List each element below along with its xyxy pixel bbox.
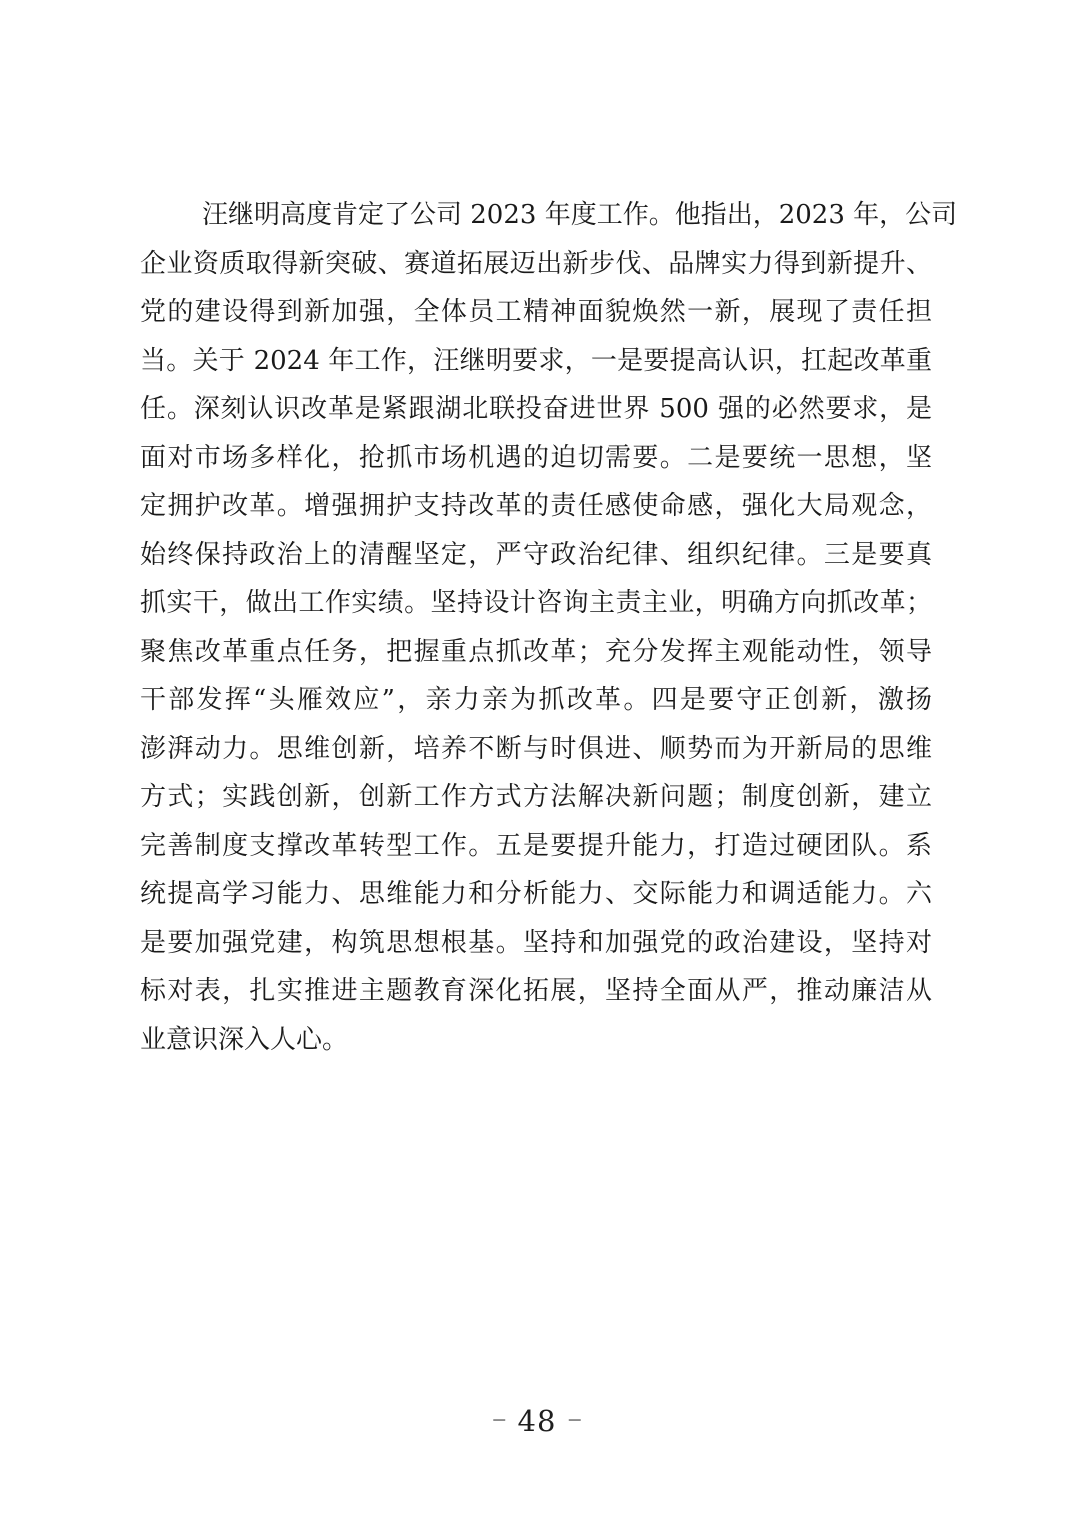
text-line: 汪继明高度肯定了公司 2023 年度工作。他指出，2023 年，公司 xyxy=(140,191,932,240)
document-body: 汪继明高度肯定了公司 2023 年度工作。他指出，2023 年，公司企业资质取得… xyxy=(140,191,932,1064)
text-line: 当。关于 2024 年工作，汪继明要求，一是要提高认识，扛起改革重 xyxy=(140,337,932,386)
text-line: 澎湃动力。思维创新，培养不断与时俱进、顺势而为开新局的思维 xyxy=(140,725,932,774)
text-line: 标对表，扎实推进主题教育深化拓展，坚持全面从严，推动廉洁从 xyxy=(140,967,932,1016)
text-line: 是要加强党建，构筑思想根基。坚持和加强党的政治建设，坚持对 xyxy=(140,919,932,968)
text-line: 方式；实践创新，创新工作方式方法解决新问题；制度创新，建立 xyxy=(140,773,932,822)
text-line: 任。深刻认识改革是紧跟湖北联投奋进世界 500 强的必然要求，是 xyxy=(140,385,932,434)
footer-dash-right: – xyxy=(567,1401,582,1435)
document-page: 汪继明高度肯定了公司 2023 年度工作。他指出，2023 年，公司企业资质取得… xyxy=(0,0,1074,1520)
text-line: 聚焦改革重点任务，把握重点抓改革；充分发挥主观能动性，领导 xyxy=(140,628,932,677)
text-line: 干部发挥“头雁效应”，亲力亲为抓改革。四是要守正创新，激扬 xyxy=(140,676,932,725)
text-line: 面对市场多样化，抢抓市场机遇的迫切需要。二是要统一思想，坚 xyxy=(140,434,932,483)
page-footer: –48– xyxy=(0,1404,1074,1438)
text-line: 业意识深入人心。 xyxy=(140,1016,932,1065)
text-line: 统提高学习能力、思维能力和分析能力、交际能力和调适能力。六 xyxy=(140,870,932,919)
page-number: 48 xyxy=(518,1404,557,1438)
footer-dash-left: – xyxy=(492,1401,507,1435)
text-line: 完善制度支撑改革转型工作。五是要提升能力，打造过硬团队。系 xyxy=(140,822,932,871)
text-line: 抓实干，做出工作实绩。坚持设计咨询主责主业，明确方向抓改革； xyxy=(140,579,932,628)
text-line: 定拥护改革。增强拥护支持改革的责任感使命感，强化大局观念， xyxy=(140,482,932,531)
text-line: 企业资质取得新突破、赛道拓展迈出新步伐、品牌实力得到新提升、 xyxy=(140,240,932,289)
text-line: 党的建设得到新加强，全体员工精神面貌焕然一新，展现了责任担 xyxy=(140,288,932,337)
text-line: 始终保持政治上的清醒坚定，严守政治纪律、组织纪律。三是要真 xyxy=(140,531,932,580)
